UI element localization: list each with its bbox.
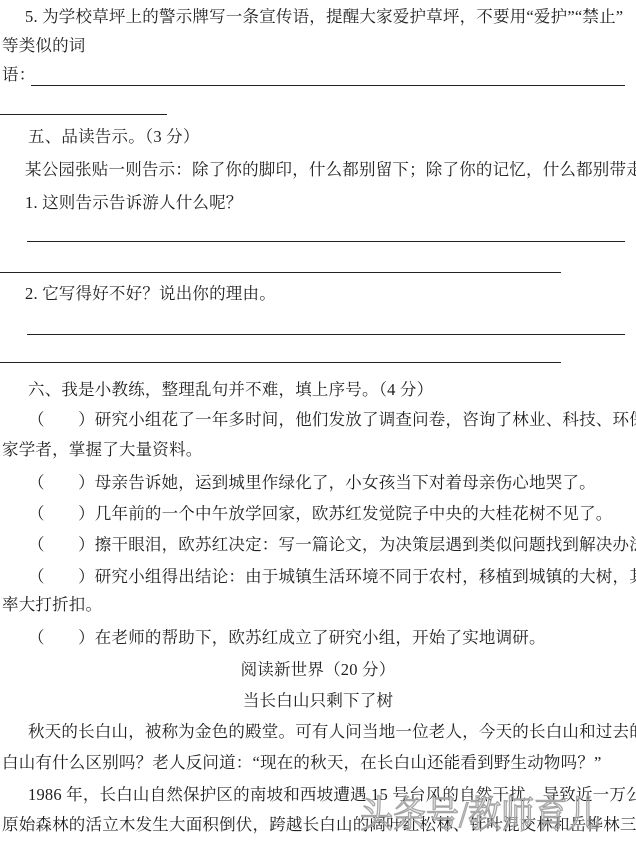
reading-passage-title: 当长白山只剩下了树 [0, 690, 636, 712]
answer-line [27, 334, 625, 335]
watermark-text: 头条号/教师育儿 [360, 791, 600, 840]
answer-line [0, 272, 561, 273]
passage-para1-line1: 秋天的长白山，被称为金色的殿堂。可有人问当地一位老人，今天的长白山和过去的长 [28, 721, 636, 743]
passage-para1-line2: 白山有什么区别吗？老人反问道：“现在的秋天，在长白山还能看到野生动物吗？” [2, 752, 602, 774]
section-five-question2: 2. 它写得好不好？说出你的理由。 [25, 283, 276, 305]
section-six-title: 六、我是小教练，整理乱句并不难，填上序号。（4 分） [28, 379, 433, 401]
question5-answer-label: 语： [2, 64, 35, 86]
sequence-item-4: （ ）擦干眼泪，欧苏红决定：写一篇论文，为决策层遇到类似问题找到解决办法。 [28, 534, 636, 556]
sequence-item-5-line1: （ ）研究小组得出结论：由于城镇生活环境不同于农村，移植到城镇的大树，其成活 [28, 566, 636, 588]
section-five-title: 五、品读告示。（3 分） [28, 126, 200, 148]
sequence-item-1-line1: （ ）研究小组花了一年多时间，他们发放了调查问卷，咨询了林业、科技、环保等专 [28, 409, 636, 431]
reading-section-header: 阅读新世界（20 分） [0, 659, 636, 681]
question5-line2: 等类似的词 [2, 35, 86, 57]
sequence-item-3: （ ）几年前的一个中午放学回家，欧苏红发觉院子中央的大桂花树不见了。 [28, 503, 613, 525]
sequence-item-2: （ ）母亲告诉她，运到城里作绿化了，小女孩当下对着母亲伤心地哭了。 [28, 472, 596, 494]
sequence-item-1-line2: 家学者，掌握了大量资料。 [2, 439, 202, 461]
answer-line [0, 114, 167, 115]
sequence-item-5-line2: 率大打折扣。 [2, 594, 102, 616]
exam-page: 5. 为学校草坪上的警示牌写一条宣传语，提醒大家爱护草坪，不要用“爱护”“禁止”… [0, 0, 636, 842]
section-five-notice: 某公园张贴一则告示：除了你的脚印，什么都别留下；除了你的记忆，什么都别带走。 [25, 159, 636, 181]
answer-line [27, 241, 625, 242]
answer-line [31, 85, 625, 86]
question5-line1: 5. 为学校草坪上的警示牌写一条宣传语，提醒大家爱护草坪，不要用“爱护”“禁止” [25, 6, 623, 28]
section-five-question1: 1. 这则告示告诉游人什么呢？ [25, 192, 243, 214]
answer-line [0, 362, 561, 363]
sequence-item-6: （ ）在老师的帮助下，欧苏红成立了研究小组，开始了实地调研。 [28, 627, 546, 649]
